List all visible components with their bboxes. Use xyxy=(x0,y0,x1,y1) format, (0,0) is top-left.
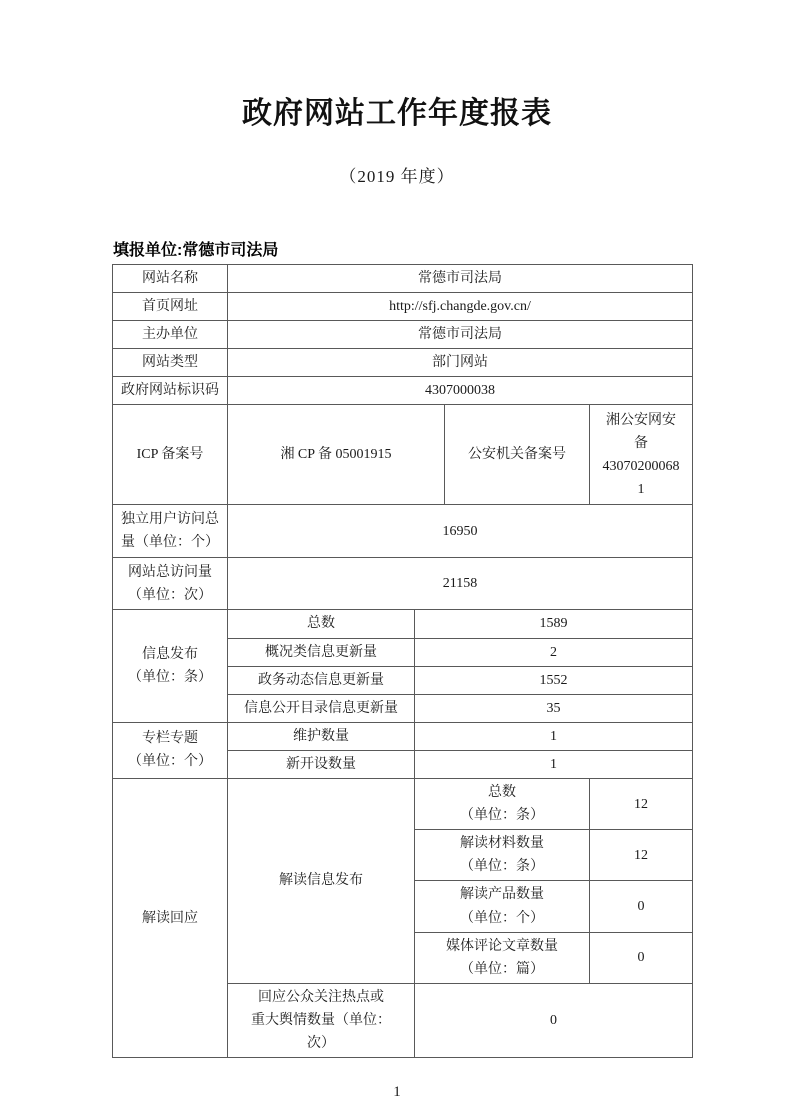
info-publish-sub-value: 1589 xyxy=(415,610,693,638)
info-publish-sub-label: 总数 xyxy=(228,610,415,638)
home-url-label: 首页网址 xyxy=(113,293,228,321)
table-row: 网站总访问量 （单位：次） 21158 xyxy=(113,558,693,610)
site-name-value: 常德市司法局 xyxy=(228,265,693,293)
table-row: 网站类型 部门网站 xyxy=(113,349,693,377)
site-type-value: 部门网站 xyxy=(228,349,693,377)
public-response-label: 回应公众关注热点或 重大舆情数量（单位： 次） xyxy=(228,983,415,1057)
page-title: 政府网站工作年度报表 xyxy=(0,0,794,132)
interpret-label: 解读回应 xyxy=(113,779,228,1058)
home-url-value: http://sfj.changde.gov.cn/ xyxy=(228,293,693,321)
unique-visitors-label: 独立用户访问总 量（单位：个） xyxy=(113,505,228,558)
total-visits-label: 网站总访问量 （单位：次） xyxy=(113,558,228,610)
public-response-value: 0 xyxy=(415,983,693,1057)
icp-label: ICP 备案号 xyxy=(113,405,228,505)
table-row: 信息发布 （单位：条） 总数 1589 xyxy=(113,610,693,638)
columns-topics-label: 专栏专题 （单位：个） xyxy=(113,722,228,778)
annual-report-table: 网站名称 常德市司法局 首页网址 http://sfj.changde.gov.… xyxy=(112,264,693,1058)
interpret-sub-label: 媒体评论文章数量 （单位：篇） xyxy=(415,932,590,983)
site-type-label: 网站类型 xyxy=(113,349,228,377)
table-row: 首页网址 http://sfj.changde.gov.cn/ xyxy=(113,293,693,321)
table-row: 主办单位 常德市司法局 xyxy=(113,321,693,349)
site-code-value: 4307000038 xyxy=(228,377,693,405)
total-visits-value: 21158 xyxy=(228,558,693,610)
info-publish-sub-label: 概况类信息更新量 xyxy=(228,638,415,666)
columns-topics-sub-label: 维护数量 xyxy=(228,722,415,750)
columns-topics-sub-value: 1 xyxy=(415,722,693,750)
table-row: 解读回应 解读信息发布 总数 （单位：条） 12 xyxy=(113,779,693,830)
sponsor-label: 主办单位 xyxy=(113,321,228,349)
table-row: 专栏专题 （单位：个） 维护数量 1 xyxy=(113,722,693,750)
interpret-sub-label: 总数 （单位：条） xyxy=(415,779,590,830)
police-filing-value: 湘公安网安 备 43070200068 1 xyxy=(590,405,693,505)
table-row: 政府网站标识码 4307000038 xyxy=(113,377,693,405)
info-publish-sub-value: 2 xyxy=(415,638,693,666)
interpret-sub-value: 0 xyxy=(590,881,693,932)
interpret-sub-label: 解读材料数量 （单位：条） xyxy=(415,830,590,881)
page-number: 1 xyxy=(0,1084,794,1101)
interpret-sub-label: 解读产品数量 （单位：个） xyxy=(415,881,590,932)
info-publish-label: 信息发布 （单位：条） xyxy=(113,610,228,722)
table-row: 独立用户访问总 量（单位：个） 16950 xyxy=(113,505,693,558)
columns-topics-sub-label: 新开设数量 xyxy=(228,750,415,778)
icp-value: 湘 CP 备 05001915 xyxy=(228,405,445,505)
info-publish-sub-value: 35 xyxy=(415,694,693,722)
report-page: 政府网站工作年度报表 （2019 年度） 填报单位:常德市司法局 网站名称 常德… xyxy=(0,0,794,1108)
info-publish-sub-label: 信息公开目录信息更新量 xyxy=(228,694,415,722)
unique-visitors-value: 16950 xyxy=(228,505,693,558)
site-name-label: 网站名称 xyxy=(113,265,228,293)
interpret-publish-label: 解读信息发布 xyxy=(228,779,415,984)
sponsor-value: 常德市司法局 xyxy=(228,321,693,349)
interpret-sub-value: 12 xyxy=(590,779,693,830)
info-publish-sub-label: 政务动态信息更新量 xyxy=(228,666,415,694)
info-publish-sub-value: 1552 xyxy=(415,666,693,694)
interpret-sub-value: 12 xyxy=(590,830,693,881)
filing-unit-label: 填报单位:常德市司法局 xyxy=(113,237,794,260)
police-filing-label: 公安机关备案号 xyxy=(445,405,590,505)
columns-topics-sub-value: 1 xyxy=(415,750,693,778)
site-code-label: 政府网站标识码 xyxy=(113,377,228,405)
interpret-sub-value: 0 xyxy=(590,932,693,983)
table-row: 网站名称 常德市司法局 xyxy=(113,265,693,293)
table-row-icp: ICP 备案号 湘 CP 备 05001915 公安机关备案号 湘公安网安 备 … xyxy=(113,405,693,505)
report-year: （2019 年度） xyxy=(0,162,794,187)
